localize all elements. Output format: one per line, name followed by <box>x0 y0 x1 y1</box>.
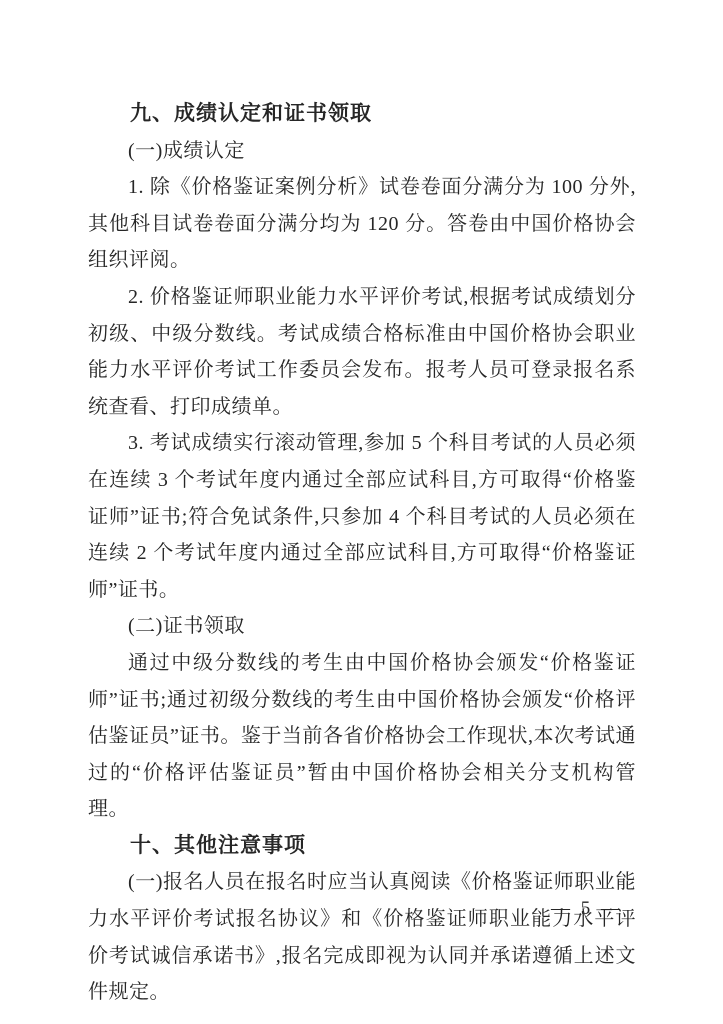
section-10-heading: 十、其他注意事项 <box>88 828 636 865</box>
document-content: 九、成绩认定和证书领取 (一)成绩认定 1. 除《价格鉴证案例分析》试卷卷面分满… <box>88 96 636 1011</box>
section-9-sub-2-paragraph: 通过中级分数线的考生由中国价格协会颁发“价格鉴证师”证书;通过初级分数线的考生由… <box>88 645 636 828</box>
section-9-heading: 九、成绩认定和证书领取 <box>88 96 636 133</box>
section-9-item-3: 3. 考试成绩实行滚动管理,参加 5 个科目考试的人员必须在连续 3 个考试年度… <box>88 425 636 608</box>
section-10-item-1: (一)报名人员在报名时应当认真阅读《价格鉴证师职业能力水平评价考试报名协议》和《… <box>88 864 636 1010</box>
section-9-item-1: 1. 除《价格鉴证案例分析》试卷卷面分满分为 100 分外,其他科目试卷卷面分满… <box>88 169 636 279</box>
section-9-sub-2-title: (二)证书领取 <box>88 608 636 645</box>
document-page: 九、成绩认定和证书领取 (一)成绩认定 1. 除《价格鉴证案例分析》试卷卷面分满… <box>0 0 723 1024</box>
section-9-item-2: 2. 价格鉴证师职业能力水平评价考试,根据考试成绩划分初级、中级分数线。考试成绩… <box>88 279 636 425</box>
page-number: — 5 — <box>551 898 623 920</box>
section-9-sub-1-title: (一)成绩认定 <box>88 133 636 170</box>
